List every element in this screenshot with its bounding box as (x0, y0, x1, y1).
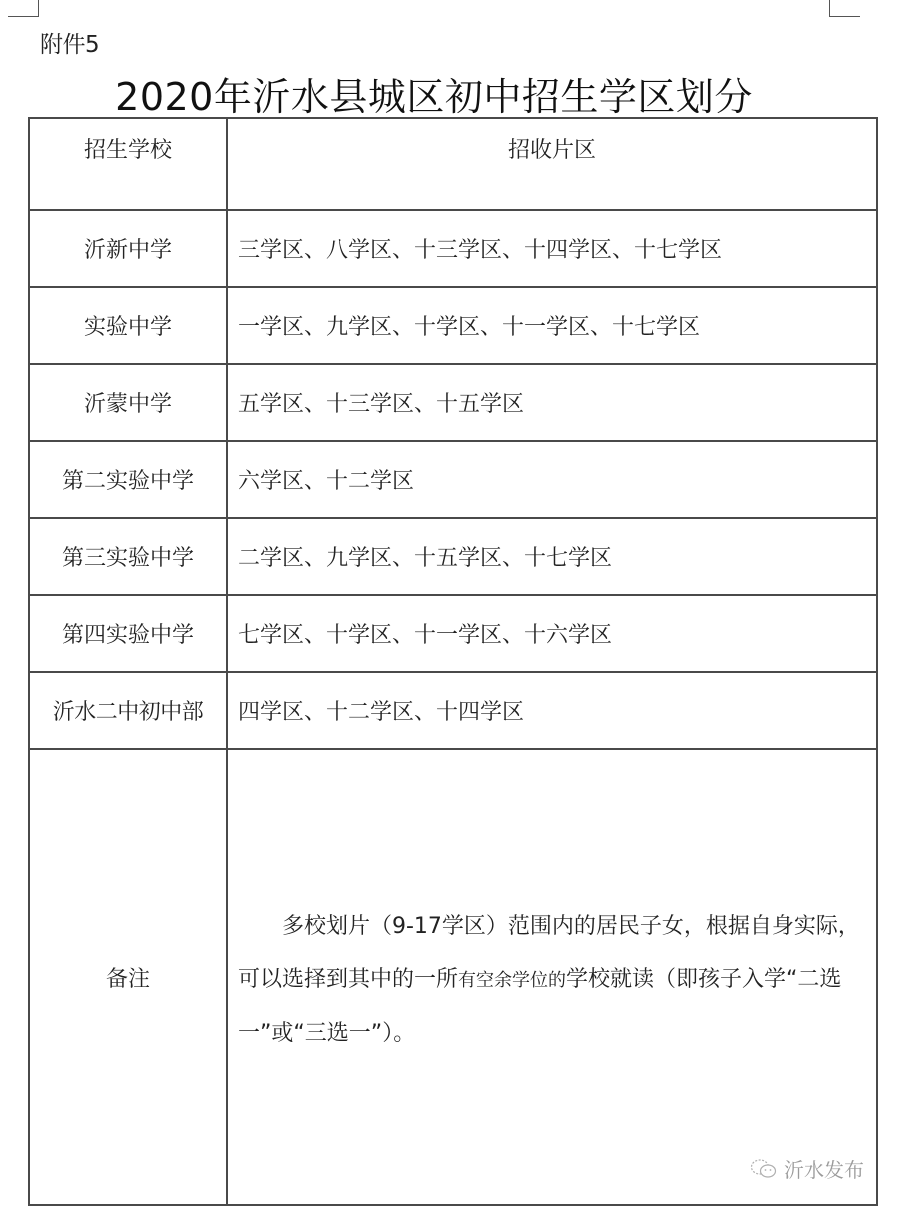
school-name: 沂新中学 (29, 210, 227, 287)
crop-mark-left (8, 0, 39, 17)
header-school: 招生学校 (29, 118, 227, 210)
note-row: 备注 多校划片（9-17学区）范围内的居民子女，根据自身实际，可以选择到其中的一… (29, 749, 877, 1205)
school-areas: 二学区、九学区、十五学区、十七学区 (227, 518, 877, 595)
school-district-table: 招生学校 招收片区 沂新中学 三学区、八学区、十三学区、十四学区、十七学区 实验… (28, 117, 878, 1206)
wechat-icon (750, 1158, 778, 1180)
school-name: 沂水二中初中部 (29, 672, 227, 749)
table-row: 沂蒙中学 五学区、十三学区、十五学区 (29, 364, 877, 441)
table-row: 第四实验中学 七学区、十学区、十一学区、十六学区 (29, 595, 877, 672)
header-areas: 招收片区 (227, 118, 877, 210)
school-areas: 六学区、十二学区 (227, 441, 877, 518)
note-label: 备注 (29, 749, 227, 1205)
school-areas: 一学区、九学区、十学区、十一学区、十七学区 (227, 287, 877, 364)
table-header-row: 招生学校 招收片区 (29, 118, 877, 210)
table-row: 实验中学 一学区、九学区、十学区、十一学区、十七学区 (29, 287, 877, 364)
school-name: 第三实验中学 (29, 518, 227, 595)
school-areas: 四学区、十二学区、十四学区 (227, 672, 877, 749)
note-text-small: 有空余学位的 (458, 970, 566, 991)
crop-mark-right (829, 0, 860, 17)
school-name: 实验中学 (29, 287, 227, 364)
note-content: 多校划片（9-17学区）范围内的居民子女，根据自身实际，可以选择到其中的一所有空… (227, 749, 877, 1205)
school-areas: 七学区、十学区、十一学区、十六学区 (227, 595, 877, 672)
school-areas: 五学区、十三学区、十五学区 (227, 364, 877, 441)
school-name: 沂蒙中学 (29, 364, 227, 441)
table-row: 沂新中学 三学区、八学区、十三学区、十四学区、十七学区 (29, 210, 877, 287)
table-row: 第二实验中学 六学区、十二学区 (29, 441, 877, 518)
watermark: 沂水发布 (748, 1154, 866, 1183)
page-title: 2020年沂水县城区初中招生学区划分 (0, 74, 868, 120)
school-areas: 三学区、八学区、十三学区、十四学区、十七学区 (227, 210, 877, 287)
school-name: 第四实验中学 (29, 595, 227, 672)
watermark-text: 沂水发布 (784, 1154, 864, 1183)
table-row: 第三实验中学 二学区、九学区、十五学区、十七学区 (29, 518, 877, 595)
table-row: 沂水二中初中部 四学区、十二学区、十四学区 (29, 672, 877, 749)
school-name: 第二实验中学 (29, 441, 227, 518)
attachment-label: 附件5 (40, 30, 99, 60)
